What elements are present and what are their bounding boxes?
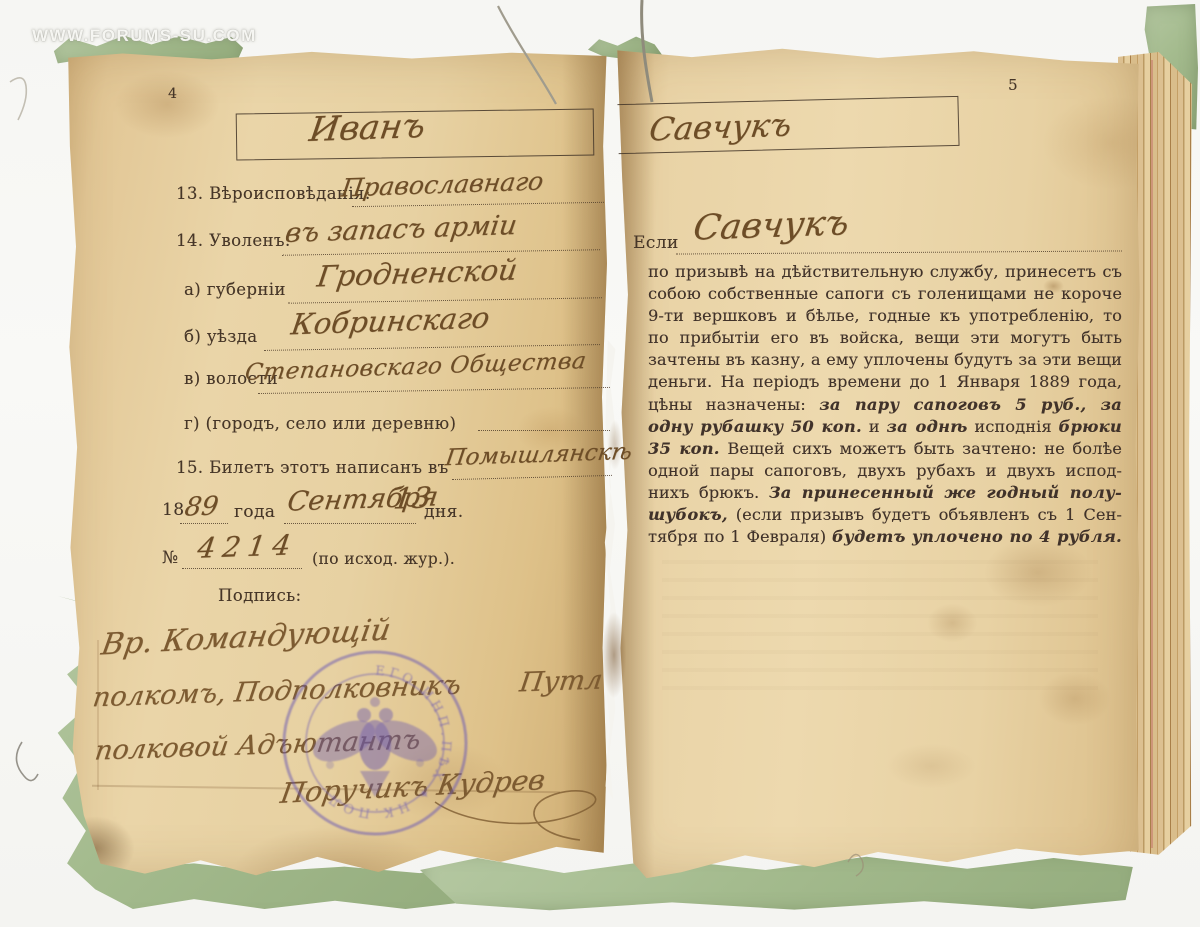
- page-edge-red-line: [1151, 60, 1153, 848]
- esli-label: Если: [633, 233, 679, 253]
- field-a-label: а) губерніи: [184, 280, 286, 299]
- number-handwritten: 4214: [195, 528, 299, 564]
- gutter-stain: [597, 595, 631, 715]
- paragraph-line: деньги. На періодъ времени до 1 Января 1…: [648, 371, 1122, 393]
- paragraph-line: по прибытіи его въ войска, вещи эти могу…: [648, 327, 1122, 349]
- date-year-line: [180, 523, 228, 524]
- right-page-number: 5: [1008, 76, 1018, 94]
- date-prefix: 18: [162, 500, 184, 520]
- pencil-mark-bottom-left: [16, 742, 38, 781]
- left-page-number: 4: [168, 86, 177, 102]
- field-15-label: 15. Билетъ этотъ написанъ въ: [176, 458, 449, 477]
- paragraph-line: одной пары сапоговъ, двухъ рубахъ и двух…: [648, 460, 1122, 482]
- conditions-paragraph: по призывѣ на дѣйствительную службу, при…: [648, 261, 1122, 548]
- number-suffix: (по исход. жур.).: [312, 550, 455, 568]
- signature-line-2-surname: Путл: [518, 665, 605, 699]
- paragraph-line: одну рубашку 50 коп. и за однѣ исподнія …: [648, 416, 1122, 438]
- paragraph-line: собою собственные сапоги съ голенищами н…: [648, 283, 1122, 305]
- watermark: WWW.FORUMS-SU.COM: [32, 26, 257, 46]
- field-14-label: 14. Уволенъ:: [176, 231, 291, 250]
- number-line-dots: [182, 568, 302, 569]
- field-b-label: б) уѣзда: [184, 327, 257, 346]
- field-g-label: г) (городъ, село или деревню): [184, 414, 456, 433]
- double-headed-eagle-icon: [307, 697, 443, 797]
- paragraph-line: зачтены въ казну, а ему уплочены будутъ …: [648, 349, 1122, 371]
- last-name-handwritten: Савчукъ: [647, 106, 794, 149]
- scanned-military-ticket-booklet: 4 Иванъ Савчукъ 13. Вѣроисповѣданія: Пра…: [0, 0, 1200, 927]
- field-b-value: Кобринскаго: [289, 301, 492, 342]
- paragraph-line: шубокъ, (если призывъ будетъ объявленъ с…: [648, 504, 1122, 526]
- paragraph-line: по призывѣ на дѣйствительную службу, при…: [648, 261, 1122, 283]
- date-month-line: [284, 523, 416, 524]
- date-year-handwritten: 89: [183, 491, 221, 522]
- date-goda: года: [234, 502, 275, 522]
- paragraph-line: цѣны назначены: за пару сапоговъ 5 руб.,…: [648, 394, 1122, 416]
- signature-caption: Подпись:: [218, 586, 301, 605]
- paragraph-line: 35 коп. Вещей сихъ можетъ быть зачтено: …: [648, 438, 1122, 460]
- paragraph-line: нихъ брюкъ. За принесенный же годный пол…: [648, 482, 1122, 504]
- first-name-handwritten: Иванъ: [307, 106, 428, 150]
- field-g-line: [478, 430, 610, 431]
- field-a-value: Гродненской: [315, 253, 520, 294]
- regimental-seal-stamp: ЕГО ИНП.ПѢХ ✦ НК.ПОЛ: [260, 645, 490, 841]
- pencil-mark-top-left: [10, 78, 26, 120]
- esli-name-handwritten: Савчукъ: [691, 203, 852, 248]
- ink-showthrough: [662, 560, 1098, 700]
- number-sign: №: [162, 548, 179, 568]
- paragraph-line: тября по 1 Февраля) будетъ уплочено по 4…: [648, 526, 1122, 548]
- paragraph-line: 9-ти вершковъ и бѣлье, годные къ употреб…: [648, 305, 1122, 327]
- date-dnya: дня.: [424, 502, 464, 522]
